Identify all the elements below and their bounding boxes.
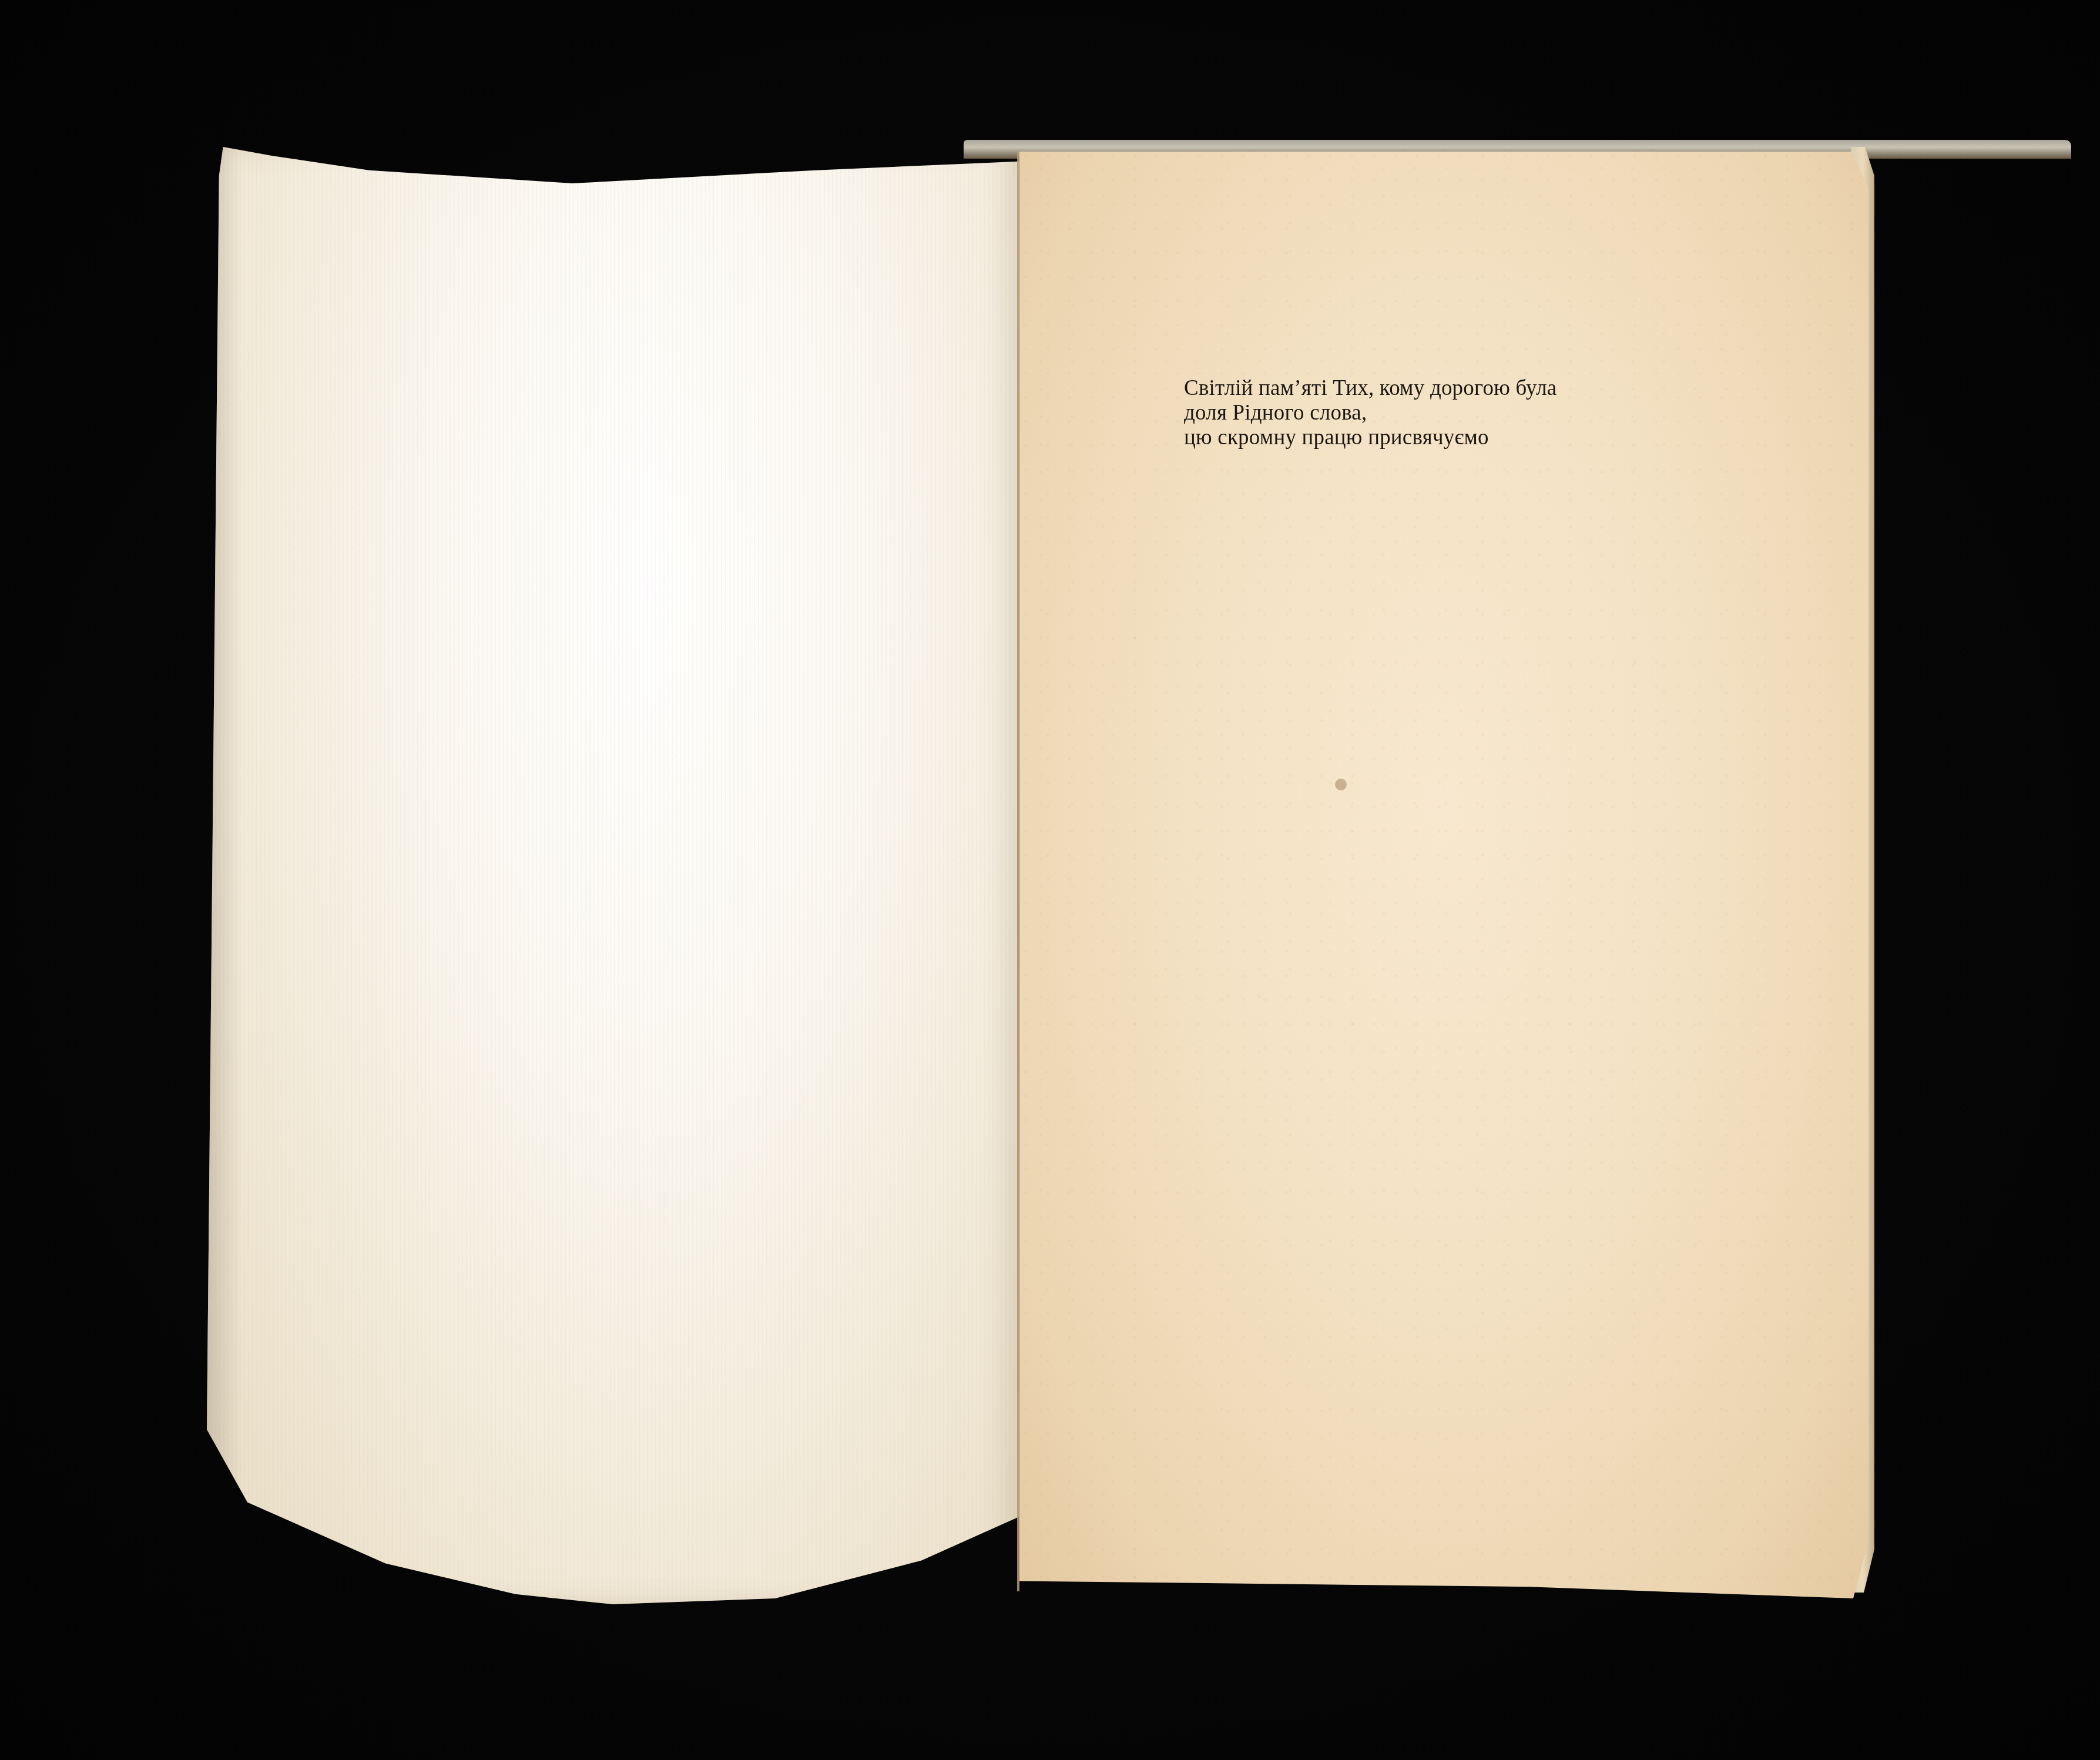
left-page-blank [207,147,1019,1604]
dedication-text: Світлій пам’яті Тих, кому дорогою була д… [1184,376,1713,450]
dedication-line-1: Світлій пам’яті Тих, кому дорогою була [1184,376,1713,401]
paper-stain-spot [1335,779,1347,790]
book-gutter [1017,152,1019,1591]
dedication-line-3: цю скромну працю присвячуємо [1184,425,1713,450]
right-page [1019,152,1868,1598]
dedication-line-2: доля Рідного слова, [1184,401,1713,425]
